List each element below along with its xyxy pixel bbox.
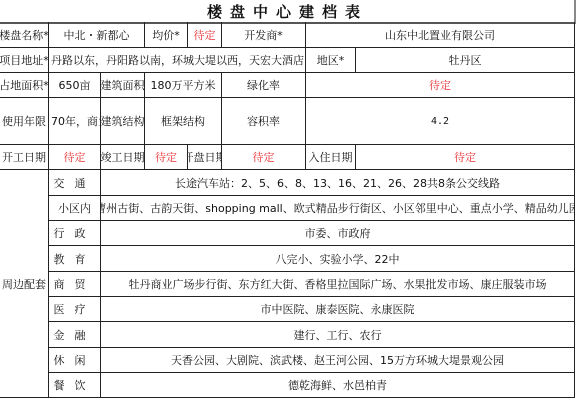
term-value[interactable]: 70年，商业 <box>49 98 101 145</box>
surround-category-education: 教育 <box>49 246 101 272</box>
open-date-value[interactable]: 待定 <box>222 145 306 170</box>
surround-value-community[interactable]: 曹州古街、古韵天街、shopping mall、欧式精品步行街区、小区邻里中心、… <box>101 196 575 221</box>
surround-category-medical: 医疗 <box>49 297 101 322</box>
surround-category-dining: 餐饮 <box>49 373 101 398</box>
move-in-date-value[interactable]: 待定 <box>356 145 575 170</box>
price-label: 均价* <box>145 22 188 48</box>
surround-value-education[interactable]: 八完小、实验小学、22中 <box>101 246 575 272</box>
surround-category-commerce: 商贸 <box>49 272 101 297</box>
address-value[interactable]: 丹路以东，丹阳路以南，环城大堤以西，天宏大酒店以 <box>49 48 306 73</box>
address-label: 项目地址* <box>0 48 49 73</box>
surround-value-administration[interactable]: 市委、市政府 <box>101 221 575 246</box>
green-value[interactable]: 待定 <box>306 73 575 98</box>
far-value[interactable]: 4.2 <box>306 98 575 145</box>
surround-category-transport: 交通 <box>49 170 101 196</box>
name-label: 楼盘名称* <box>0 22 49 48</box>
complete-date-label: 竣工日期 <box>101 145 145 170</box>
move-in-date-label: 入住日期 <box>306 145 356 170</box>
build-area-value[interactable]: 180万平方米 <box>145 73 222 98</box>
right-border <box>574 0 576 24</box>
developer-label: 开发商* <box>222 22 306 48</box>
surround-value-leisure[interactable]: 天香公园、大剧院、滨武楼、赵王河公园、15万方环城大堤景观公园 <box>101 348 575 373</box>
green-label: 绿化率 <box>222 73 306 98</box>
surround-value-dining[interactable]: 德乾海鲜、水邑柏青 <box>101 373 575 398</box>
district-value[interactable]: 牡丹区 <box>356 48 575 73</box>
structure-label: 建筑结构 <box>101 98 145 145</box>
district-label: 地区* <box>306 48 356 73</box>
term-label: 使用年限 <box>0 98 49 145</box>
surround-category-administration: 行政 <box>49 221 101 246</box>
open-date-label: 开盘日期 <box>188 145 222 170</box>
build-area-label: 建筑面积 <box>101 73 145 98</box>
name-value[interactable]: 中北・新都心 <box>49 22 145 48</box>
start-date-label: 开工日期 <box>0 145 49 170</box>
surroundings-label: 周边配套 <box>0 170 49 398</box>
developer-value[interactable]: 山东中北置业有限公司 <box>306 22 575 48</box>
surround-value-transport[interactable]: 长途汽车站：2、5、6、8、13、16、21、26、28共8条公交线路 <box>101 170 575 196</box>
complete-date-value[interactable]: 待定 <box>145 145 188 170</box>
surround-value-commerce[interactable]: 牡丹商业广场步行街、东方红大街、香格里拉国际广场、水果批发市场、康庄服装市场 <box>101 272 575 297</box>
surround-category-community: 小区内 <box>49 196 101 221</box>
page-title: 楼盘中心建档表 <box>0 0 575 22</box>
surround-category-leisure: 休闲 <box>49 348 101 373</box>
price-value[interactable]: 待定 <box>188 22 222 48</box>
land-area-value[interactable]: 650亩 <box>49 73 101 98</box>
surround-value-finance[interactable]: 建行、工行、农行 <box>101 322 575 348</box>
far-label: 容积率 <box>222 98 306 145</box>
structure-value[interactable]: 框架结构 <box>145 98 222 145</box>
surround-category-finance: 金融 <box>49 322 101 348</box>
surround-value-medical[interactable]: 市中医院、康泰医院、永康医院 <box>101 297 575 322</box>
start-date-value[interactable]: 待定 <box>49 145 101 170</box>
land-area-label: 占地面积* <box>0 73 49 98</box>
